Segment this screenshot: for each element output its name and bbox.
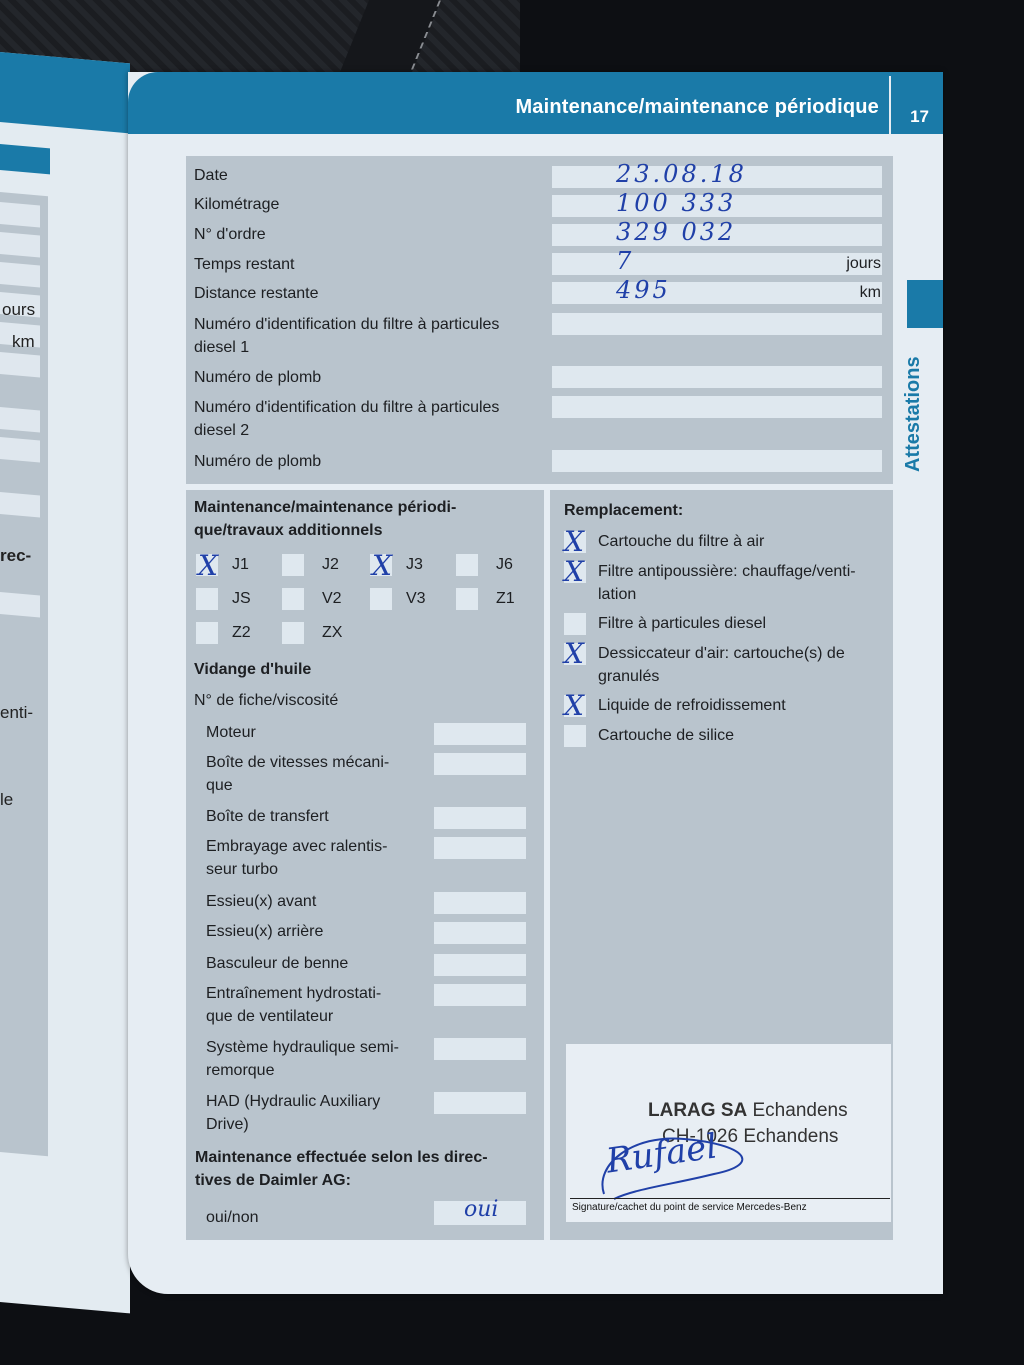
field-label: Distance restante [194, 282, 544, 305]
oil-change-item-label: Système hydraulique semi-remorque [206, 1036, 421, 1082]
label-line1: Cartouche de silice [598, 724, 888, 747]
checkbox-label: ZX [322, 624, 342, 642]
field-value: 495 [616, 276, 671, 304]
replacement-item-label: Dessiccateur d'air: cartouche(s) degranu… [598, 642, 888, 688]
left-field [0, 352, 40, 377]
field-label: Numéro d'identification du filtre à part… [194, 396, 544, 442]
label-line2: lation [598, 583, 888, 606]
oil-change-item-label: Basculeur de benne [206, 952, 421, 975]
header-divider [889, 76, 891, 134]
left-page-text: enti- [0, 703, 33, 723]
oil-change-item-label: Boîte de vitesses mécani-que [206, 751, 421, 797]
check-mark-icon: X [564, 561, 584, 583]
left-field [0, 202, 40, 227]
field-input[interactable] [552, 313, 882, 335]
oil-change-item-label: Essieu(x) arrière [206, 920, 421, 943]
checkbox-label: J6 [496, 556, 513, 574]
left-field [0, 592, 40, 617]
checkbox-label: V3 [406, 590, 426, 608]
signature-flourish-icon [594, 1114, 764, 1204]
page-title: Maintenance/maintenance périodique [515, 96, 879, 119]
oil-change-item-label: Essieu(x) avant [206, 890, 421, 913]
field-label: Date [194, 164, 544, 187]
label-line1: Basculeur de benne [206, 952, 421, 975]
checkbox-v3[interactable] [370, 588, 392, 610]
label-line1: HAD (Hydraulic Auxiliary [206, 1090, 421, 1113]
oil-change-field[interactable] [434, 1038, 526, 1060]
field-label: Temps restant [194, 253, 544, 276]
section-tab-label: Attestations [902, 356, 925, 472]
replacement-checkbox[interactable] [564, 613, 586, 635]
left-field [0, 492, 40, 517]
field-input[interactable] [552, 450, 882, 472]
maintenance-title-line2: que/travaux additionnels [194, 519, 456, 542]
vehicle-info-panel: Date23.08.18Kilométrage100 333N° d'ordre… [186, 156, 893, 484]
replacement-title: Remplacement: [564, 499, 683, 522]
check-mark-icon: X [372, 555, 392, 577]
check-mark-icon: X [564, 695, 584, 717]
oil-change-field[interactable] [434, 807, 526, 829]
replacement-panel: Remplacement: XCartouche du filtre à air… [550, 490, 893, 1240]
field-input[interactable] [552, 366, 882, 388]
replacement-checkbox[interactable] [564, 725, 586, 747]
maintenance-title-line1: Maintenance/maintenance périodi- [194, 496, 456, 519]
field-value: 23.08.18 [616, 160, 747, 188]
left-page-text: ours [2, 300, 35, 320]
label-line2: Drive) [206, 1113, 421, 1136]
checkbox-label: J1 [232, 556, 249, 574]
daimler-compliance-value: oui [464, 1197, 498, 1222]
field-unit: jours [846, 255, 881, 273]
booklet-page: Maintenance/maintenance périodique 17 At… [128, 72, 943, 1294]
label-line2: granulés [598, 665, 888, 688]
left-field [0, 407, 40, 432]
oil-change-title: Vidange d'huile [194, 658, 311, 681]
label-line2: que de ventilateur [206, 1005, 421, 1028]
label-line2: que [206, 774, 421, 797]
field-value: 329 032 [616, 218, 736, 246]
checkbox-label: V2 [322, 590, 342, 608]
replacement-item-label: Cartouche de silice [598, 724, 888, 747]
field-label: Numéro de plomb [194, 450, 544, 473]
label-line1: Liquide de refroidissement [598, 694, 888, 717]
label-line1: Filtre à particules diesel [598, 612, 888, 635]
oil-change-field[interactable] [434, 954, 526, 976]
label-line1: Système hydraulique semi- [206, 1036, 421, 1059]
oil-change-field[interactable] [434, 892, 526, 914]
label-line1: Essieu(x) avant [206, 890, 421, 913]
label-line2: remorque [206, 1059, 421, 1082]
left-page-text: le [0, 790, 13, 810]
oil-change-field[interactable] [434, 753, 526, 775]
left-page [0, 52, 130, 1313]
section-tab-marker [907, 280, 943, 328]
checkbox-label: J2 [322, 556, 339, 574]
left-field [0, 262, 40, 287]
checkbox-j2[interactable] [282, 554, 304, 576]
field-label: Kilométrage [194, 193, 544, 216]
field-unit: km [860, 284, 881, 302]
oil-change-field[interactable] [434, 922, 526, 944]
left-page-header [0, 52, 130, 133]
checkbox-v2[interactable] [282, 588, 304, 610]
maintenance-panel: Maintenance/maintenance périodi- que/tra… [186, 490, 544, 1240]
label-line1: Dessiccateur d'air: cartouche(s) de [598, 642, 888, 665]
checkbox-zx[interactable] [282, 622, 304, 644]
oil-change-subtitle: N° de fiche/viscosité [194, 689, 338, 712]
field-label: Numéro d'identification du filtre à part… [194, 313, 544, 359]
oui-non-label: oui/non [206, 1206, 259, 1229]
checkbox-z1[interactable] [456, 588, 478, 610]
oil-change-field[interactable] [434, 984, 526, 1006]
oil-change-field[interactable] [434, 723, 526, 745]
checkbox-label: J3 [406, 556, 423, 574]
left-page-text: rec- [0, 546, 31, 566]
oil-change-item-label: Boîte de transfert [206, 805, 421, 828]
left-field [0, 437, 40, 462]
check-mark-icon: X [564, 531, 584, 553]
checkbox-label: JS [232, 590, 251, 608]
left-page-bar [0, 144, 50, 174]
field-value: 100 333 [616, 189, 736, 217]
oil-change-item-label: Embrayage avec ralentis-seur turbo [206, 835, 421, 881]
replacement-item-label: Filtre antipoussière: chauffage/venti-la… [598, 560, 888, 606]
replacement-item-label: Filtre à particules diesel [598, 612, 888, 635]
checkbox-label: Z2 [232, 624, 251, 642]
oil-change-field[interactable] [434, 1092, 526, 1114]
oil-change-field[interactable] [434, 837, 526, 859]
page-number: 17 [910, 107, 929, 127]
field-input[interactable] [552, 396, 882, 418]
daimler-compliance-field[interactable]: oui [434, 1201, 526, 1225]
label-line1: Essieu(x) arrière [206, 920, 421, 943]
field-value: 7 [616, 247, 634, 275]
label-line1: Filtre antipoussière: chauffage/venti- [598, 560, 888, 583]
label-line1: Entraînement hydrostati- [206, 982, 421, 1005]
label-line1: Moteur [206, 721, 421, 744]
oil-change-item-label: Entraînement hydrostati-que de ventilate… [206, 982, 421, 1028]
daimler-line2: tives de Daimler AG: [195, 1169, 488, 1192]
label-line2: seur turbo [206, 858, 421, 881]
checkbox-js[interactable] [196, 588, 218, 610]
page-header: Maintenance/maintenance périodique 17 [128, 72, 943, 134]
replacement-item-label: Liquide de refroidissement [598, 694, 888, 717]
oil-change-item-label: HAD (Hydraulic AuxiliaryDrive) [206, 1090, 421, 1136]
check-mark-icon: X [198, 555, 218, 577]
field-input[interactable] [552, 282, 882, 304]
left-page-text: km [12, 332, 35, 352]
daimler-compliance-label: Maintenance effectuée selon les direc- t… [195, 1146, 488, 1192]
check-mark-icon: X [564, 643, 584, 665]
daimler-line1: Maintenance effectuée selon les direc- [195, 1146, 488, 1169]
checkbox-j6[interactable] [456, 554, 478, 576]
checkbox-z2[interactable] [196, 622, 218, 644]
replacement-item-label: Cartouche du filtre à air [598, 530, 888, 553]
maintenance-title: Maintenance/maintenance périodi- que/tra… [194, 496, 456, 542]
checkbox-label: Z1 [496, 590, 515, 608]
field-label: N° d'ordre [194, 223, 544, 246]
label-line1: Boîte de transfert [206, 805, 421, 828]
signature-caption: Signature/cachet du point de service Mer… [572, 1202, 807, 1213]
label-line1: Cartouche du filtre à air [598, 530, 888, 553]
oil-change-item-label: Moteur [206, 721, 421, 744]
field-input[interactable] [552, 253, 882, 275]
signature-line [570, 1198, 890, 1199]
label-line1: Boîte de vitesses mécani- [206, 751, 421, 774]
field-label: Numéro de plomb [194, 366, 544, 389]
left-field [0, 232, 40, 257]
label-line1: Embrayage avec ralentis- [206, 835, 421, 858]
signature-box[interactable]: LARAG SA Echandens CH-1026 Echandens Ruf… [566, 1044, 891, 1222]
